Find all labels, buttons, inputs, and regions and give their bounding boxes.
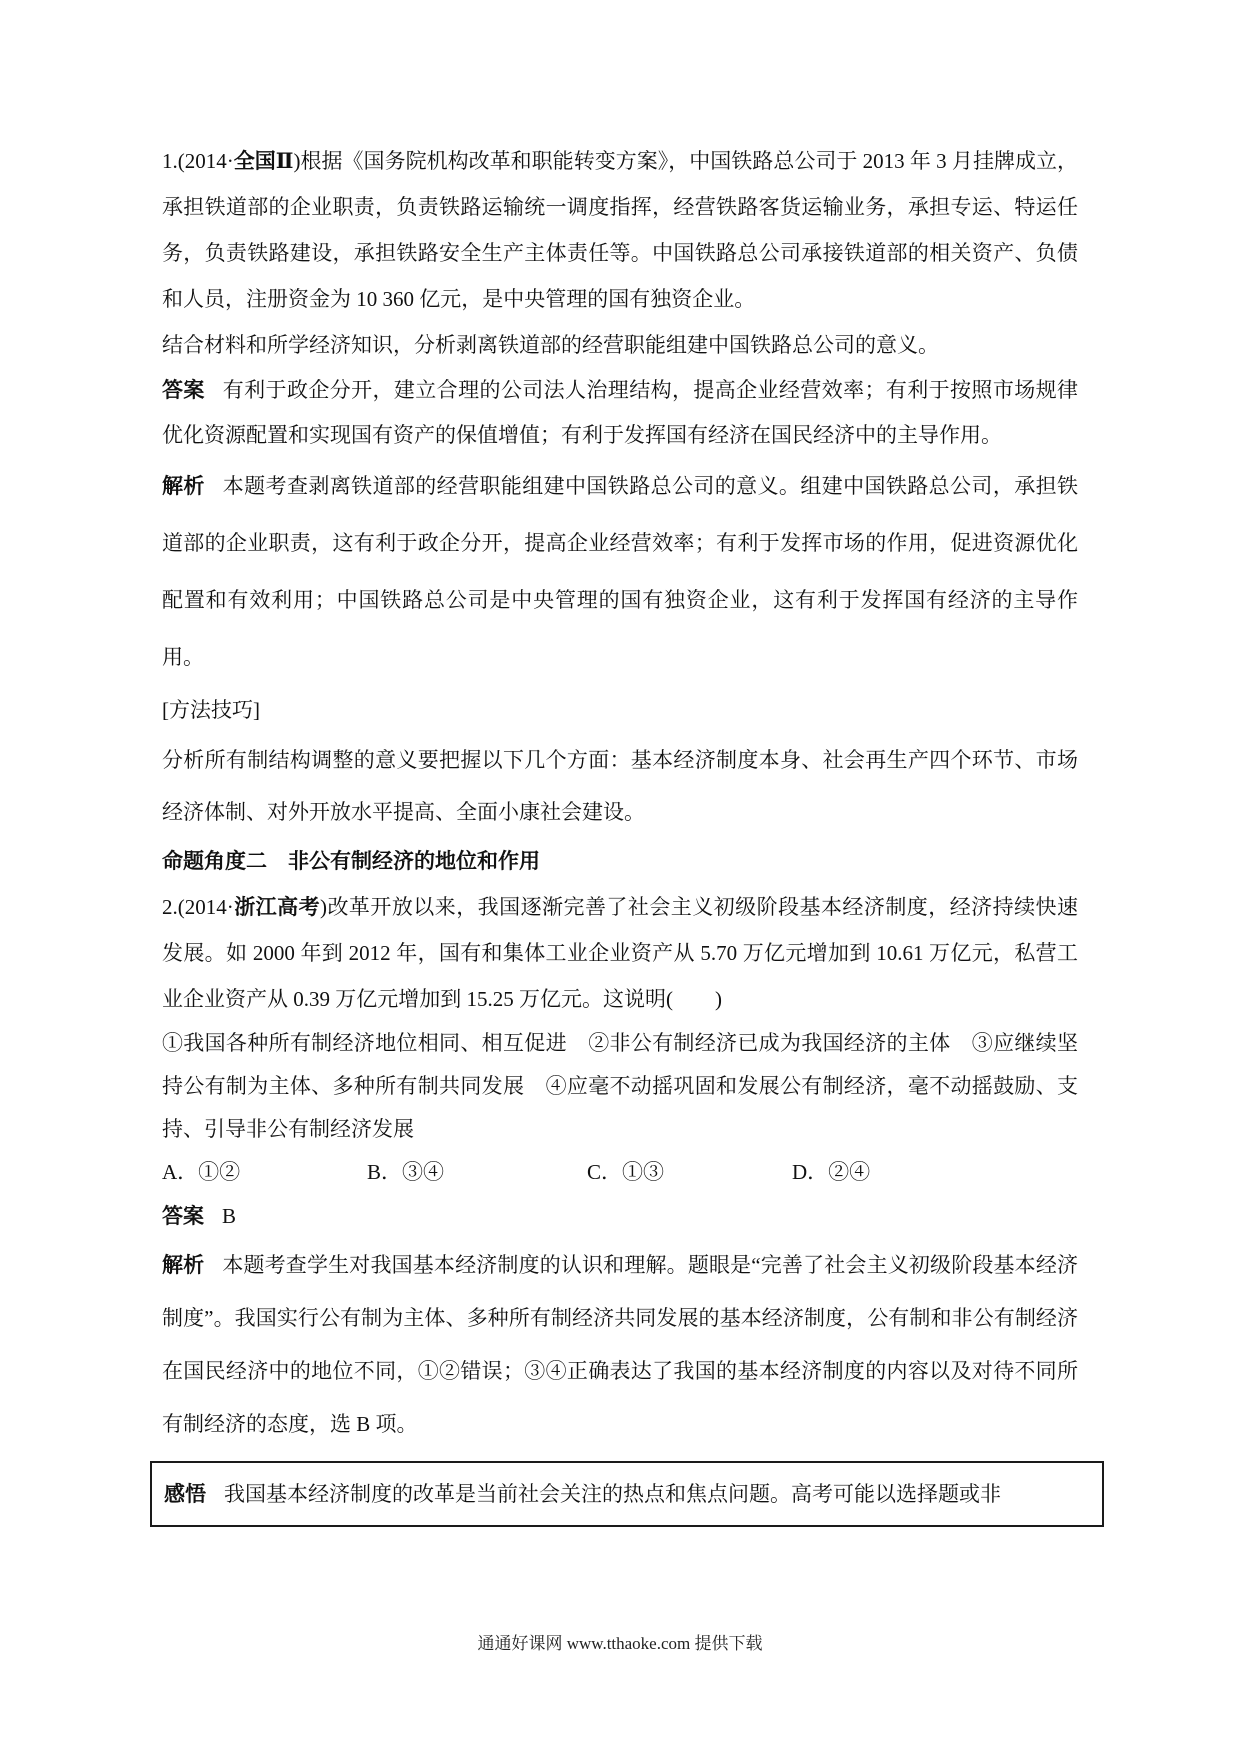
question-2-statements: ①我国各种所有制经济地位相同、相互促进 ②非公有制经济已成为我国经济的主体 ③应… <box>162 1022 1078 1151</box>
question-1-source: 全国Ⅱ <box>234 149 294 173</box>
question-1-answer: 答案有利于政企分开，建立合理的公司法人治理结构，提高企业经营效率；有利于按照市场… <box>162 368 1078 458</box>
page-content: 1.(2014·全国Ⅱ)根据《国务院机构改革和职能转变方案》，中国铁路总公司于 … <box>162 0 1078 1527</box>
question-1-task: 结合材料和所学经济知识，分析剥离铁道部的经营职能组建中国铁路总公司的意义。 <box>162 322 1078 368</box>
question-1-stem-text: )根据《国务院机构改革和职能转变方案》，中国铁路总公司于 2013 年 3 月挂… <box>162 149 1078 311</box>
question-1-number: 1.(2014· <box>162 149 234 173</box>
method-tag: [方法技巧] <box>162 686 1078 734</box>
question-2-answer: 答案B <box>162 1194 1078 1239</box>
insight-note-box: 感悟我国基本经济制度的改革是当前社会关注的热点和焦点问题。高考可能以选择题或非 <box>150 1461 1104 1527</box>
section-heading: 命题角度二 非公有制经济的地位和作用 <box>162 838 1078 884</box>
document-page: 1.(2014·全国Ⅱ)根据《国务院机构改革和职能转变方案》，中国铁路总公司于 … <box>0 0 1240 1754</box>
question-2-number: 2.(2014· <box>162 895 234 919</box>
insight-note: 感悟我国基本经济制度的改革是当前社会关注的热点和焦点问题。高考可能以选择题或非 <box>164 1474 1090 1514</box>
insight-text: 我国基本经济制度的改革是当前社会关注的热点和焦点问题。高考可能以选择题或非 <box>224 1482 1001 1506</box>
question-2-options: A．①②B．③④C．①③D．②④ <box>162 1151 1078 1194</box>
analysis-label: 解析 <box>162 474 205 498</box>
answer-text: 有利于政企分开，建立合理的公司法人治理结构，提高企业经营效率；有利于按照市场规律… <box>162 378 1078 447</box>
answer-value: B <box>222 1204 236 1228</box>
question-2-analysis: 解析本题考查学生对我国基本经济制度的认识和理解。题眼是“完善了社会主义初级阶段基… <box>162 1239 1078 1451</box>
method-text: 分析所有制结构调整的意义要把握以下几个方面：基本经济制度本身、社会再生产四个环节… <box>162 734 1078 838</box>
option-c: C．①③ <box>587 1151 792 1194</box>
page-footer: 通通好课网 www.tthaoke.com 提供下载 <box>0 1632 1240 1656</box>
option-b: B．③④ <box>367 1151 587 1194</box>
insight-label: 感悟 <box>164 1482 206 1506</box>
question-2-stem: 2.(2014·浙江高考)改革开放以来，我国逐渐完善了社会主义初级阶段基本经济制… <box>162 884 1078 1022</box>
answer-label: 答案 <box>162 378 205 402</box>
answer-label: 答案 <box>162 1204 204 1228</box>
question-2-source: 浙江高考 <box>234 895 320 919</box>
analysis-label: 解析 <box>162 1253 204 1277</box>
option-d: D．②④ <box>792 1151 870 1194</box>
question-1-analysis: 解析本题考查剥离铁道部的经营职能组建中国铁路总公司的意义。组建中国铁路总公司，承… <box>162 458 1078 686</box>
option-a: A．①② <box>162 1151 367 1194</box>
question-1-stem: 1.(2014·全国Ⅱ)根据《国务院机构改革和职能转变方案》，中国铁路总公司于 … <box>162 138 1078 322</box>
analysis-text: 本题考查剥离铁道部的经营职能组建中国铁路总公司的意义。组建中国铁路总公司，承担铁… <box>162 474 1078 669</box>
analysis-text: 本题考查学生对我国基本经济制度的认识和理解。题眼是“完善了社会主义初级阶段基本经… <box>162 1253 1078 1436</box>
